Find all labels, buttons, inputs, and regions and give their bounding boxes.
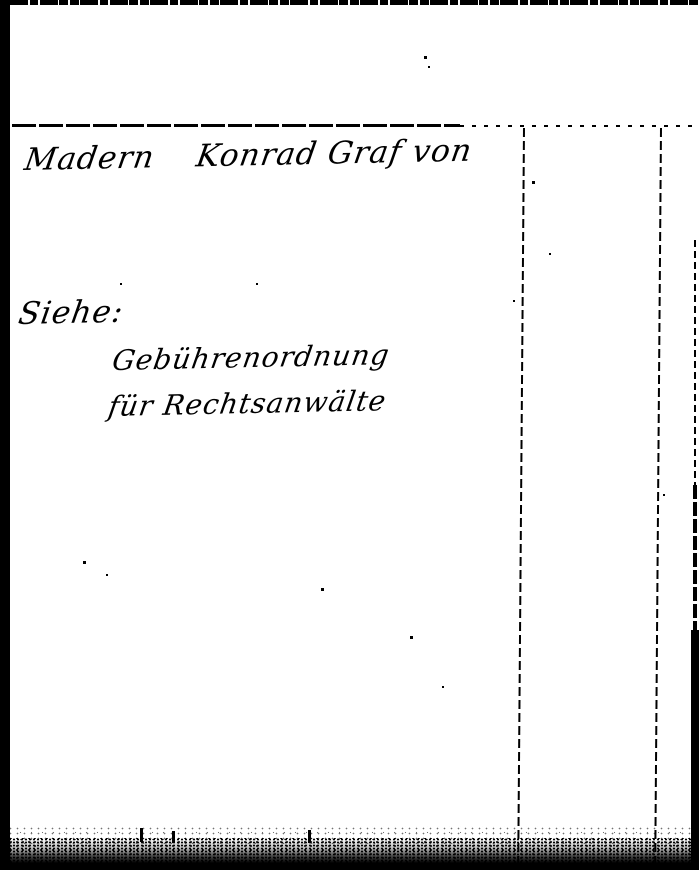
scan-noise-spike [308, 830, 311, 843]
ink-speck [120, 283, 122, 285]
scan-noise-spike [140, 828, 143, 842]
reference-line-1: Gebührenordnung [110, 338, 392, 377]
heading-given-name: Konrad Graf von [194, 133, 475, 175]
scan-border-left [0, 0, 10, 870]
ink-speck [106, 574, 108, 576]
scan-noise-spike [172, 831, 175, 843]
ink-speck [663, 494, 665, 496]
ink-speck [256, 283, 258, 285]
column-divider-left [517, 128, 525, 870]
card-heading: MadernKonrad Graf von [22, 133, 475, 178]
scan-border-top [0, 0, 699, 5]
ink-speck [442, 686, 444, 688]
ink-speck [428, 66, 430, 68]
see-reference-label: Siehe: [16, 294, 126, 332]
scan-edge-right-upper [694, 240, 696, 485]
ink-speck [549, 253, 551, 255]
scanned-index-card: MadernKonrad Graf von Siehe: Gebührenord… [0, 0, 699, 870]
ink-speck [532, 181, 535, 184]
scan-noise-band [0, 838, 699, 870]
card-top-rule-left-segment [12, 124, 460, 127]
ink-speck [513, 300, 515, 302]
ink-speck [410, 636, 413, 639]
ink-speck [83, 561, 86, 564]
heading-surname: Madern [22, 139, 157, 178]
ink-speck [321, 588, 324, 591]
reference-line-2: für Rechtsanwälte [106, 384, 389, 423]
ink-speck [424, 56, 427, 59]
card-top-rule-right-segment [460, 125, 699, 127]
scan-edge-right-middle [693, 485, 697, 635]
column-divider-right [654, 128, 662, 870]
